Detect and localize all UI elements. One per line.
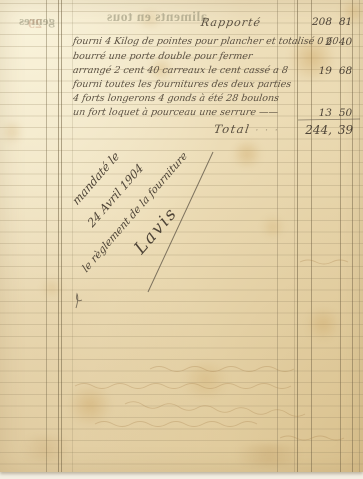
amount-centimes: 68 (335, 65, 356, 77)
ledger-row-carried-forward: Rapporté 208 81 (0, 16, 363, 30)
amount-francs: 208 (293, 16, 332, 28)
amount-francs: 19 (293, 65, 332, 77)
ledger-row: fourni 4 Kilog de pointes pour plancher … (0, 36, 363, 50)
amount-francs: 244, (293, 123, 332, 137)
amount-centimes: 81 (335, 16, 356, 28)
total-dots: · · · (255, 126, 281, 136)
ledger-row: arrangé 2 cent 40 carreaux le cent cassé… (0, 65, 363, 79)
ledger-row: bourré une porte double pour fermer (0, 51, 363, 65)
amount-centimes: 50 (335, 107, 356, 119)
row-text: bourré une porte double pour fermer (72, 51, 253, 62)
row-text: Rapporté (200, 16, 262, 29)
amount-centimes: 39 (335, 123, 356, 137)
row-text: fourni toutes les fournitures des deux p… (72, 79, 292, 90)
amount-francs: 13 (293, 107, 332, 119)
row-text: arrangé 2 cent 40 carreaux le cent cassé… (72, 65, 288, 76)
amount-francs: 2 (293, 36, 332, 48)
ledger-paper: aliments en tous genres 29 Rapporté 208 … (0, 0, 363, 472)
amount-centimes: 40 (335, 36, 356, 48)
